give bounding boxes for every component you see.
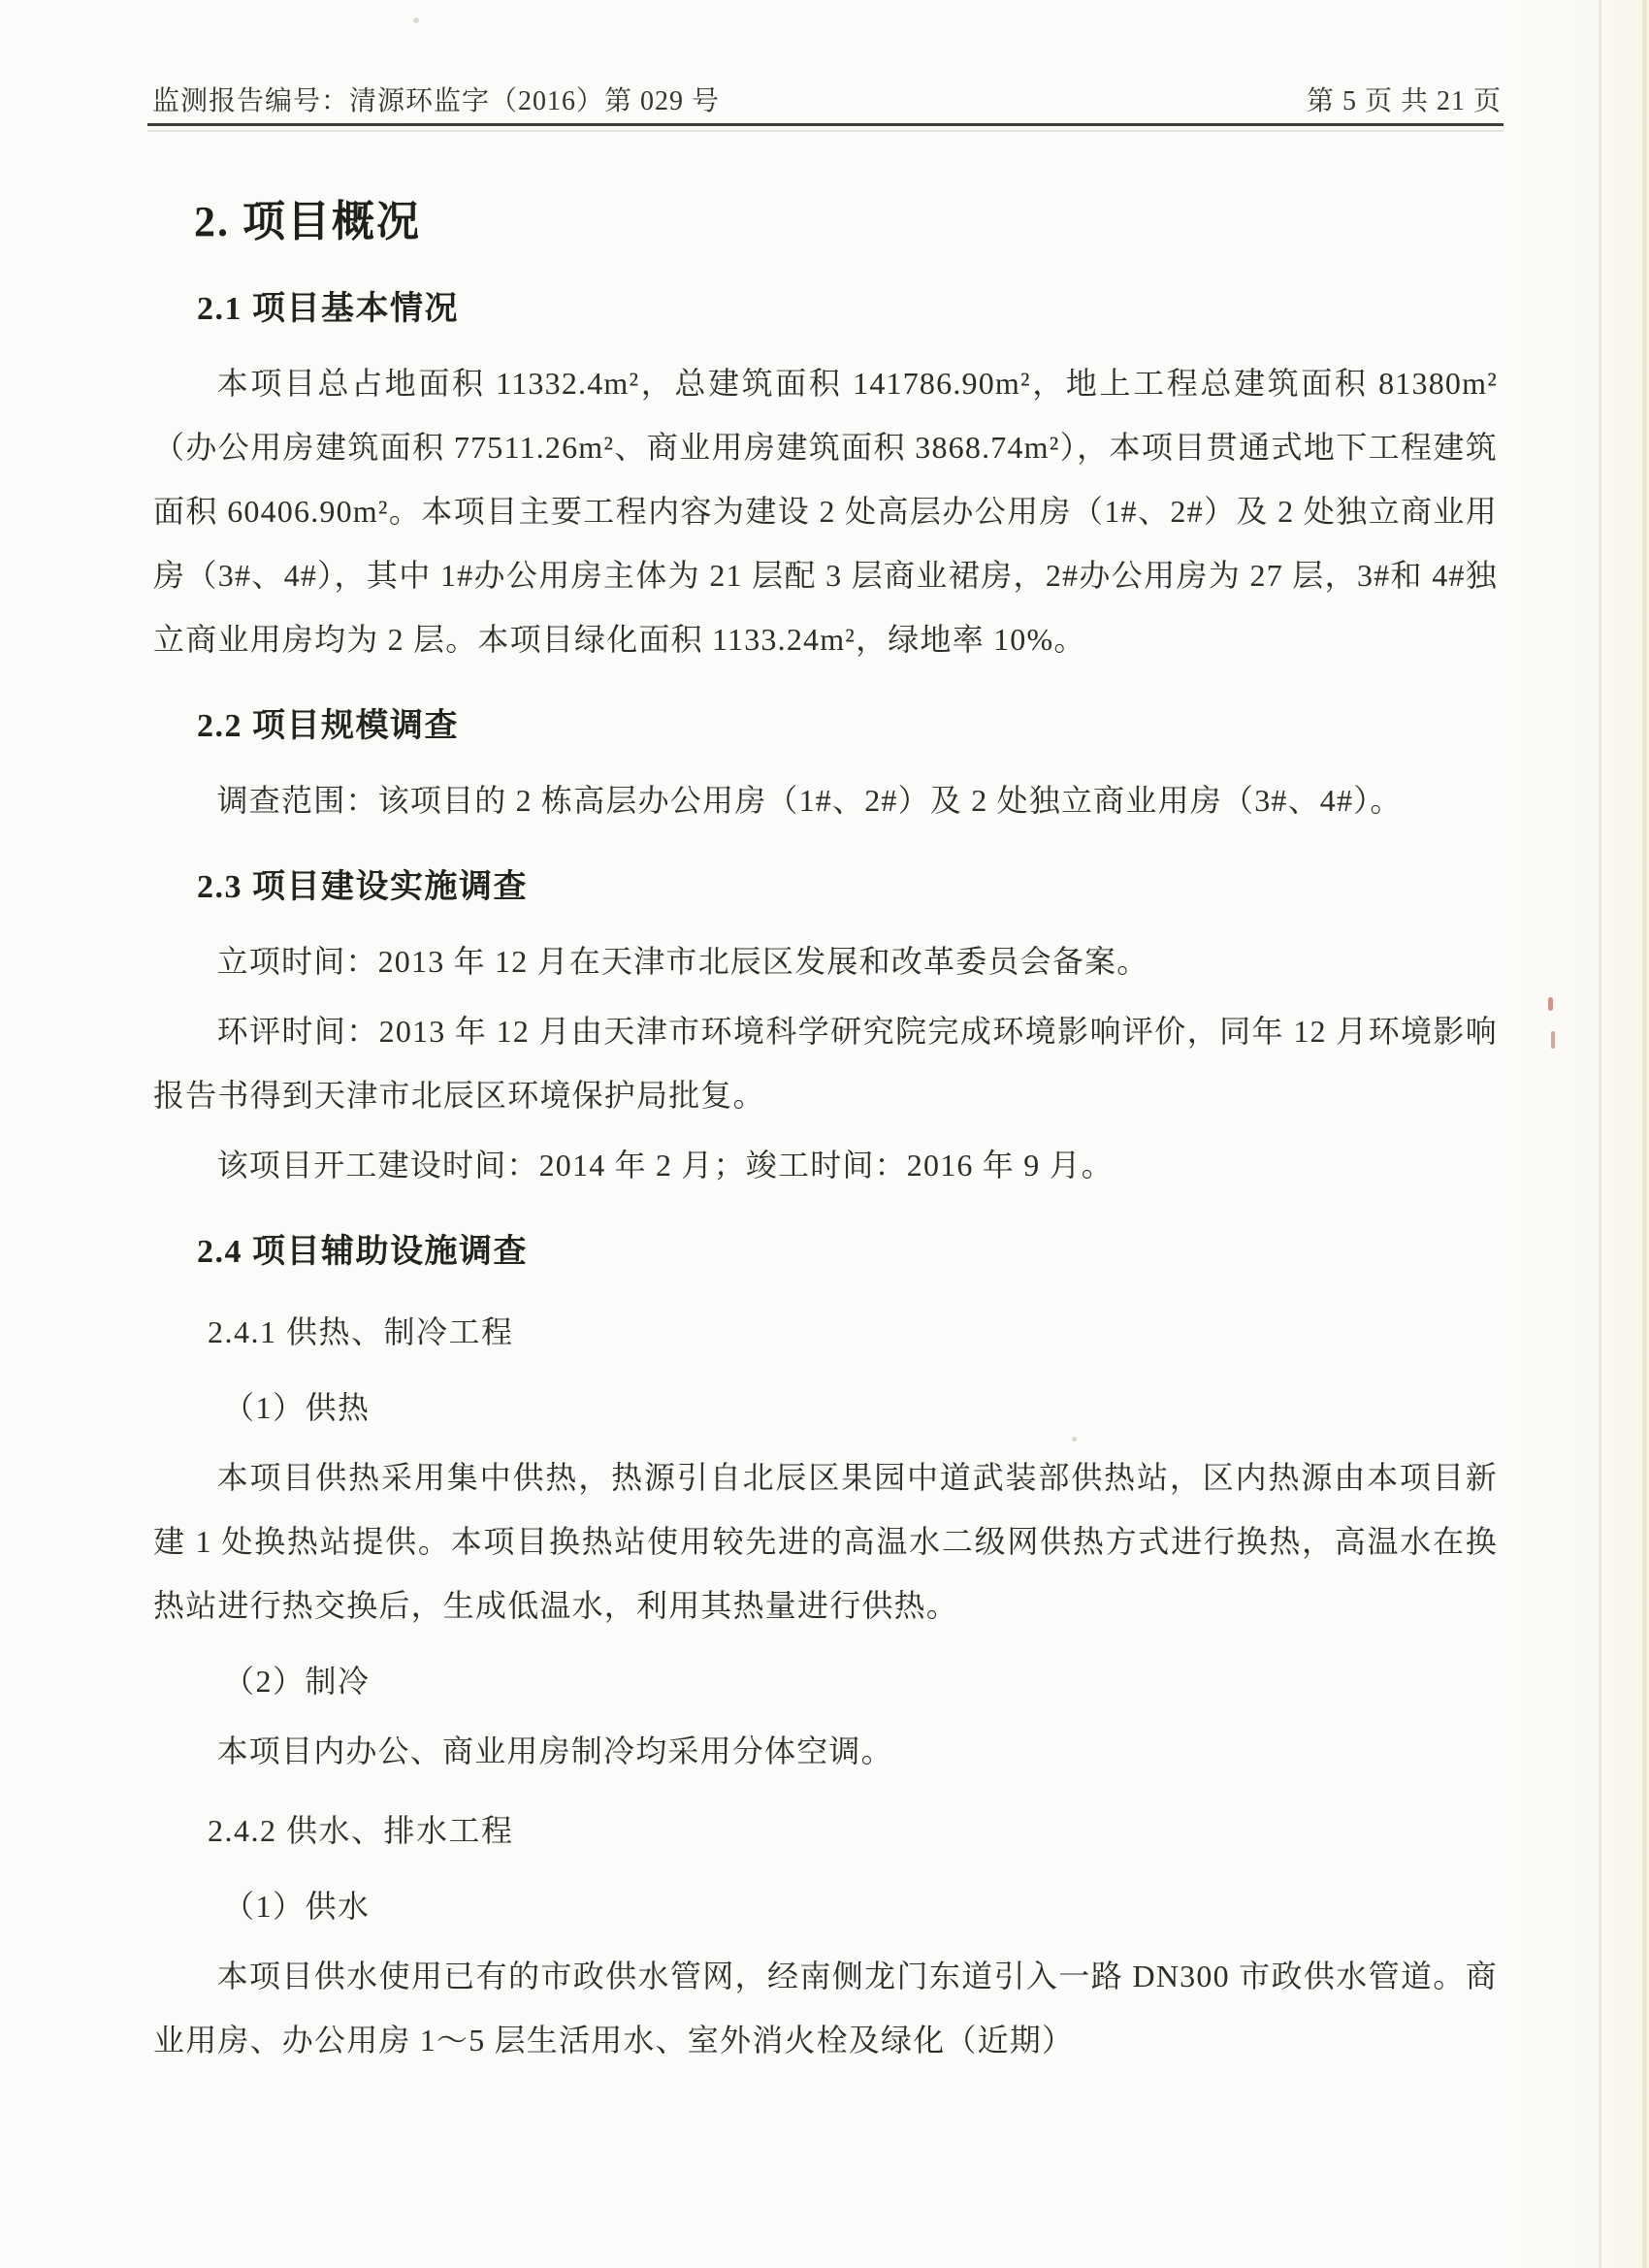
- paragraph-basic-info: 本项目总占地面积 11332.4m²，总建筑面积 141786.90m²，地上工…: [153, 351, 1498, 671]
- scan-artifact: [1548, 997, 1553, 1011]
- document-body: 2. 项目概况 2.1 项目基本情况 本项目总占地面积 11332.4m²，总建…: [153, 161, 1498, 2078]
- paragraph-heating: 本项目供热采用集中供热，热源引自北辰区果园中道武装部供热站，区内热源由本项目新建…: [153, 1445, 1498, 1637]
- scan-artifact: [413, 17, 419, 23]
- item-label-heating: （1）供热: [223, 1376, 1498, 1440]
- scanned-report-page: 监测报告编号：清源环监字（2016）第 029 号 第 5 页 共 21 页 2…: [0, 0, 1649, 2268]
- scan-streak: [1599, 0, 1601, 2268]
- paragraph-eia-time: 环评时间：2013 年 12 月由天津市环境科学研究院完成环境影响评价，同年 1…: [153, 999, 1498, 1127]
- paragraph-survey-scope: 调查范围：该项目的 2 栋高层办公用房（1#、2#）及 2 处独立商业用房（3#…: [153, 768, 1498, 832]
- subsection-heading-2-4-2: 2.4.2 供水、排水工程: [208, 1798, 1498, 1863]
- paragraph-project-filing: 立项时间：2013 年 12 月在天津市北辰区发展和改革委员会备案。: [153, 929, 1498, 993]
- section-heading-2-1: 2.1 项目基本情况: [197, 277, 1498, 341]
- doc-title: 2. 项目概况: [194, 190, 1498, 254]
- paragraph-construction-time: 该项目开工建设时间：2014 年 2 月；竣工时间：2016 年 9 月。: [153, 1133, 1498, 1197]
- scan-artifact: [1072, 1437, 1077, 1442]
- section-heading-2-4: 2.4 项目辅助设施调查: [197, 1220, 1498, 1284]
- scan-streak: [1642, 0, 1647, 2268]
- paragraph-water-supply: 本项目供水使用已有的市政供水管网，经南侧龙门东道引入一路 DN300 市政供水管…: [153, 1944, 1498, 2072]
- report-number: 监测报告编号：清源环监字（2016）第 029 号: [152, 80, 720, 118]
- subsection-heading-2-4-1: 2.4.1 供热、制冷工程: [208, 1300, 1498, 1364]
- header-rule-ghost: [147, 130, 1503, 132]
- page-indicator: 第 5 页 共 21 页: [1307, 80, 1502, 118]
- scan-artifact: [1551, 1031, 1555, 1049]
- paragraph-cooling: 本项目内办公、商业用房制冷均采用分体空调。: [153, 1719, 1498, 1783]
- section-heading-2-2: 2.2 项目规模调查: [197, 695, 1498, 759]
- item-label-water-supply: （1）供水: [223, 1874, 1498, 1938]
- header-rule: [147, 123, 1503, 126]
- item-label-cooling: （2）制冷: [223, 1649, 1498, 1713]
- page-header: 监测报告编号：清源环监字（2016）第 029 号 第 5 页 共 21 页: [152, 80, 1502, 118]
- section-heading-2-3: 2.3 项目建设实施调查: [197, 856, 1498, 920]
